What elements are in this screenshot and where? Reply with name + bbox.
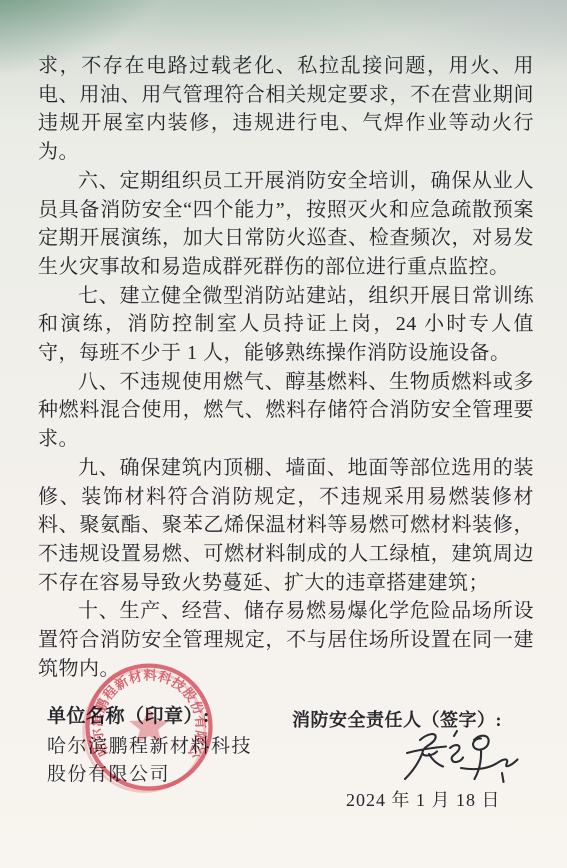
body-paragraph: 求，不存在电路过载老化、私拉乱接问题，用火、用电、用油、用气管理符合相关规定要求… [38, 52, 534, 167]
body-paragraph: 九、确保建筑内顶棚、墙面、地面等部位选用的装修、装饰材料符合消防规定，不违规采用… [38, 454, 534, 598]
body-paragraph: 七、建立健全微型消防站建站，组织开展日常训练和演练，消防控制室人员持证上岗，24… [38, 282, 534, 368]
seal-ring-text: 哈尔滨鹏程新材料科技股份有限公司 [78, 658, 210, 761]
document-body: 求，不存在电路过载老化、私拉乱接问题，用火、用电、用油、用气管理符合相关规定要求… [38, 52, 534, 683]
body-paragraph: 八、不违规使用燃气、醇基燃料、生物质燃料或多种燃料混合使用，燃气、燃料存储符合消… [38, 368, 534, 454]
handwritten-signature [398, 724, 520, 788]
svg-text:哈尔滨鹏程新材料科技股份有限公司: 哈尔滨鹏程新材料科技股份有限公司 [78, 658, 210, 761]
seal-star-icon [129, 707, 169, 743]
company-seal-stamp: 哈尔滨鹏程新材料科技股份有限公司 [78, 658, 220, 798]
body-paragraph: 六、定期组织员工开展消防安全培训，确保从业人员具备消防安全“四个能力”，按照灭火… [38, 167, 534, 282]
signature-date: 2024 年 1 月 18 日 [346, 786, 501, 812]
document-page: 求，不存在电路过载老化、私拉乱接问题，用火、用电、用油、用气管理符合相关规定要求… [0, 0, 567, 868]
